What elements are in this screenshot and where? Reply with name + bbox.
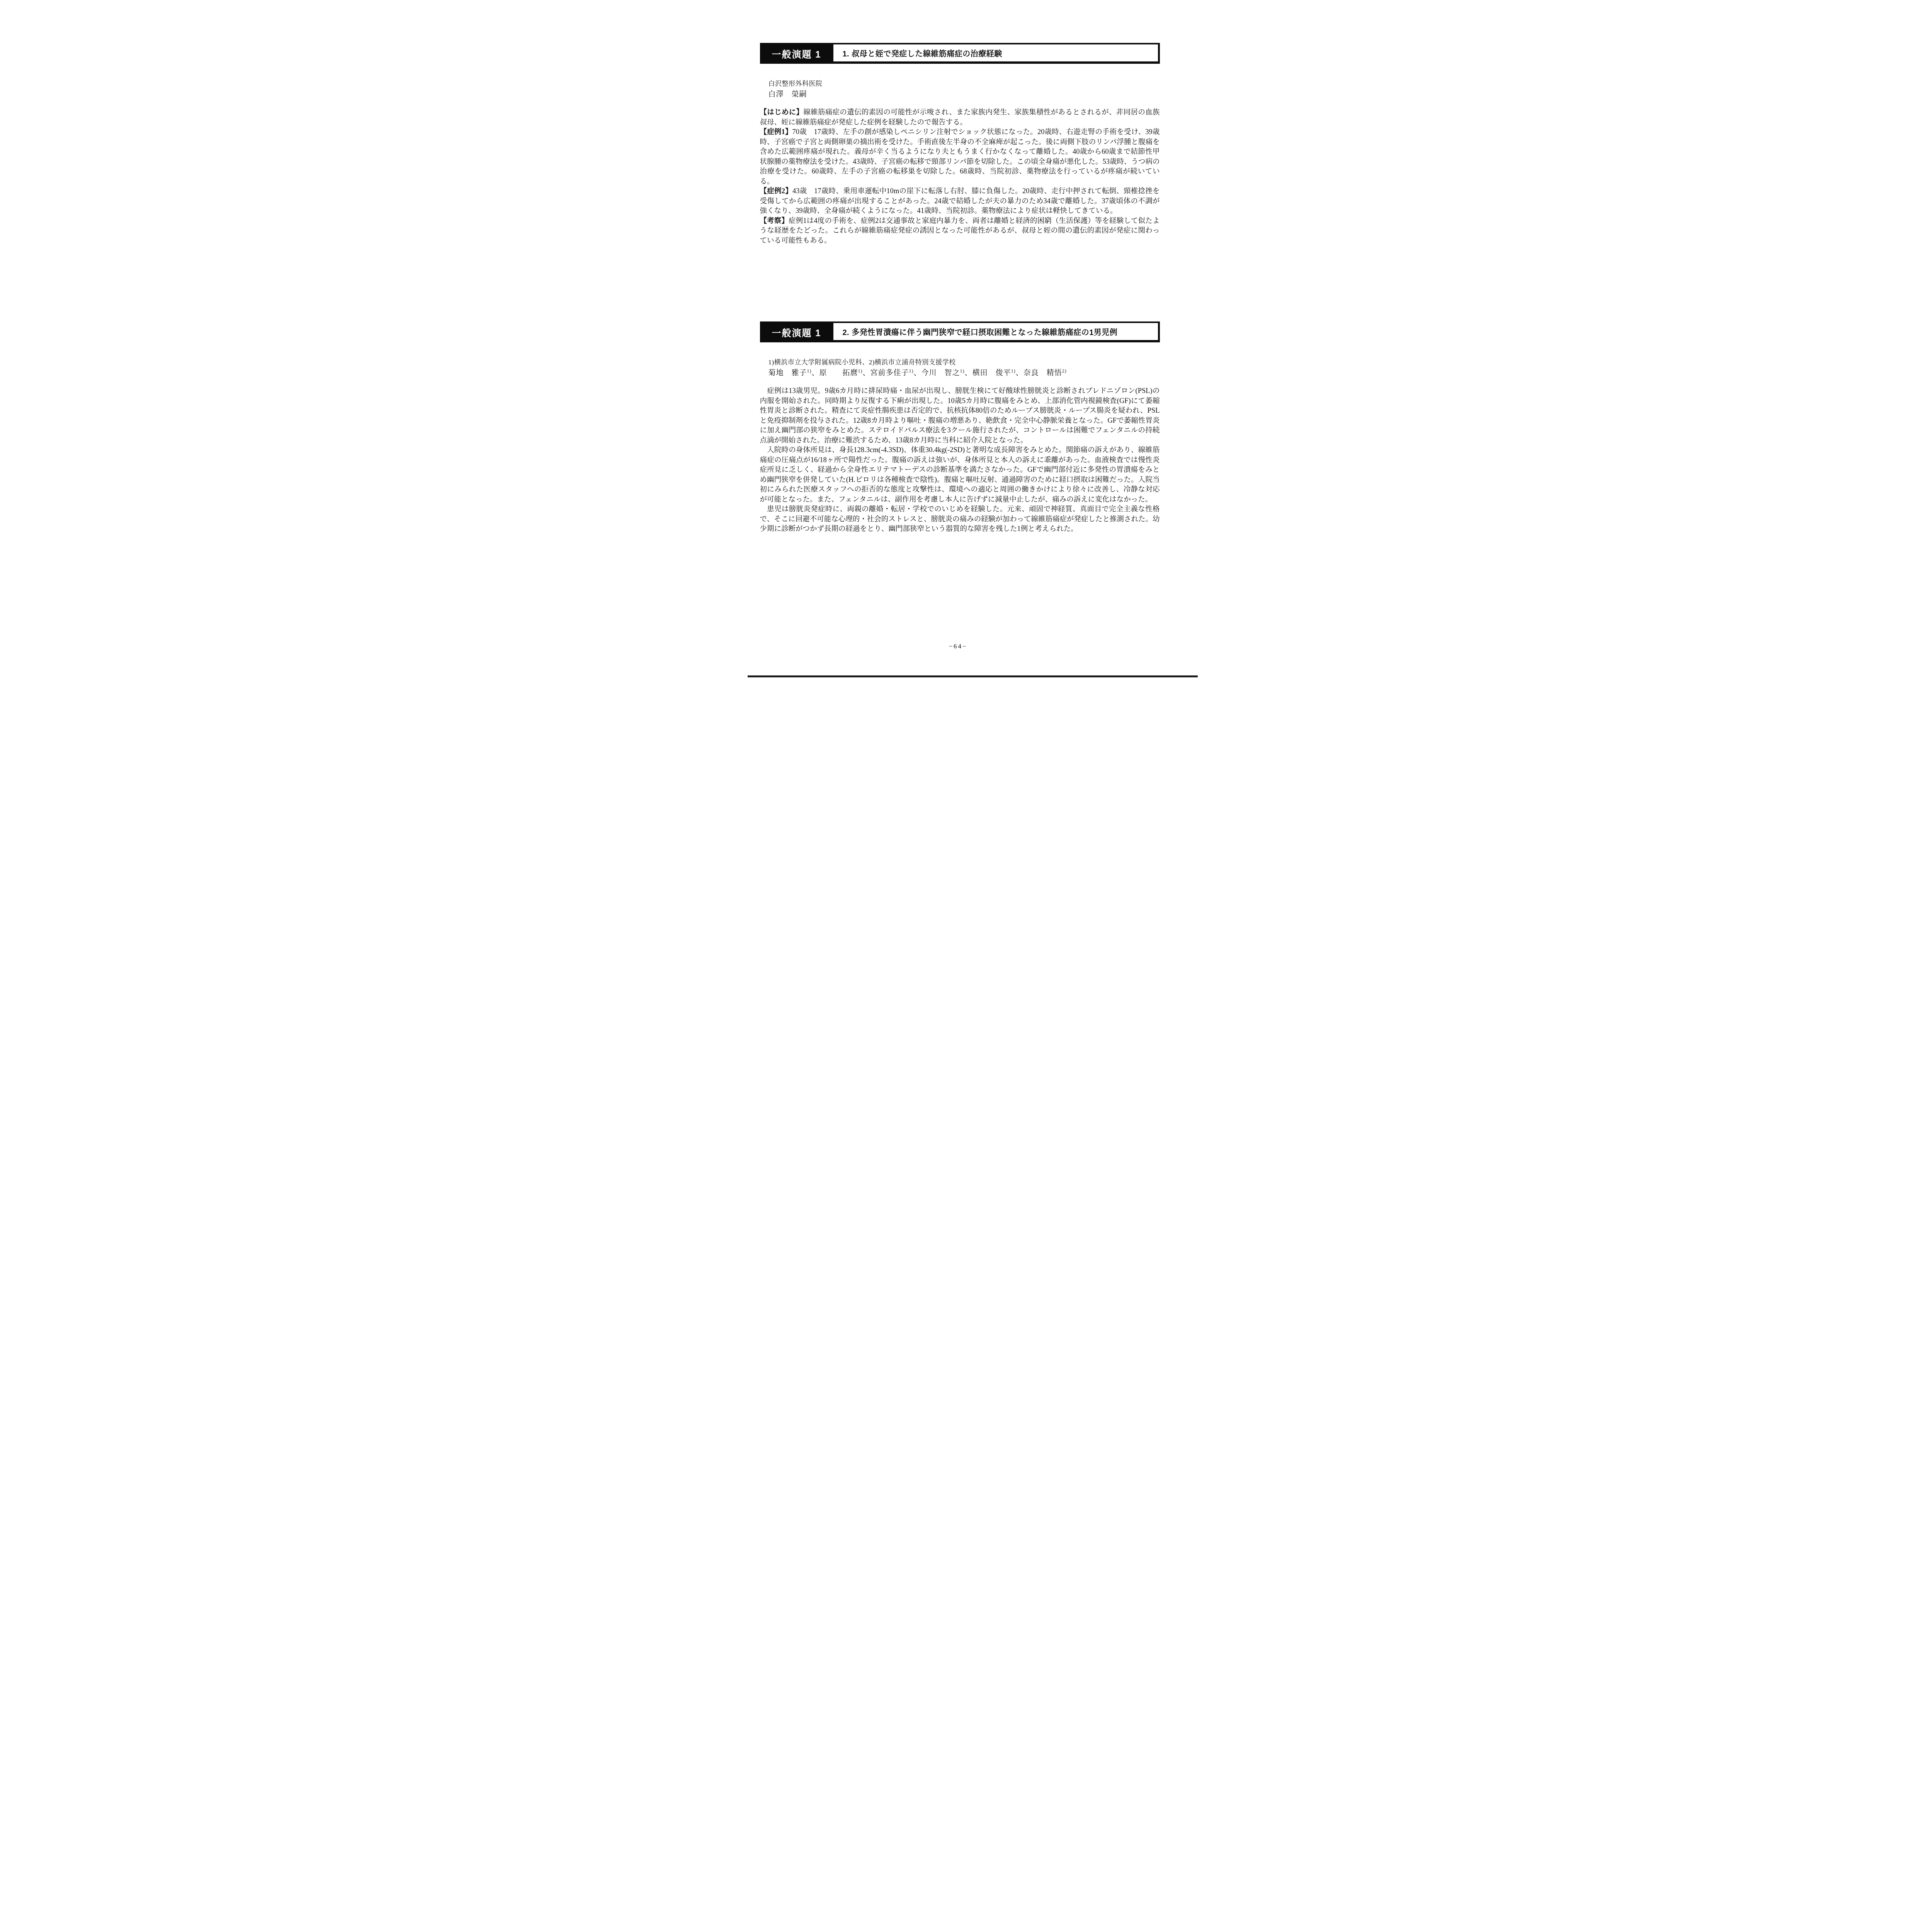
abstract-title-box: 1. 叔母と姪で発症した線維筋痛症の治療経験	[833, 44, 1158, 61]
page-number: −64−	[719, 643, 1198, 650]
scan-artifact-line	[748, 675, 1198, 677]
abstract-paragraph: 【考察】症例1は4度の手術を、症例2は交通事故と家庭内暴力を、両者は離婚と経済的…	[760, 216, 1160, 246]
paragraph-label: 【考察】	[760, 217, 789, 225]
author-name: 今川 智之	[921, 369, 960, 377]
abstract-title: 2. 多発性胃潰瘍に伴う幽門狭窄で経口摂取困難となった線維筋痛症の1男児例	[843, 326, 1118, 337]
author-affiliation-mark: 1)	[807, 368, 812, 374]
paragraph-label: 【はじめに】	[760, 109, 804, 116]
abstract-paragraph: 【症例1】70歳 17歳時、左手の創が感染しペニシリン注射でショック状態になった…	[760, 128, 1160, 187]
session-banner: 一般演題 1 2. 多発性胃潰瘍に伴う幽門狭窄で経口摂取困難となった線維筋痛症の…	[760, 321, 1160, 342]
scanned-abstract-page: 一般演題 1 1. 叔母と姪で発症した線維筋痛症の治療経験 白沢整形外科医院 白…	[719, 0, 1198, 678]
author-name: 原 拓麿	[819, 369, 858, 377]
author-affiliation-mark: 1)	[960, 368, 965, 374]
abstract-paragraph: 症例は13歳男児。9歳6カ月時に排尿時痛・血尿が出現し、膀胱生検にて好酸球性膀胱…	[760, 386, 1160, 446]
abstract-title: 1. 叔母と姪で発症した線維筋痛症の治療経験	[843, 48, 1002, 59]
author-name: 奈良 精悟	[1023, 369, 1062, 377]
paragraph-label: 【症例2】	[760, 187, 792, 195]
author-affiliation-mark: 1)	[858, 368, 863, 374]
abstract-body: 症例は13歳男児。9歳6カ月時に排尿時痛・血尿が出現し、膀胱生検にて好酸球性膀胱…	[760, 386, 1160, 534]
abstract-paragraph: 入院時の身体所見は、身長128.3cm(-4.3SD)、体重30.4kg(-2S…	[760, 446, 1160, 505]
session-label: 一般演題 1	[760, 43, 833, 64]
affiliation-line: 白沢整形外科医院	[760, 79, 1160, 88]
author-affiliation-mark: 1)	[1011, 368, 1016, 374]
authors-line: 菊地 雅子1)、原 拓麿1)、宮前多佳子1)、今川 智之1)、横田 俊平1)、奈…	[760, 368, 1160, 379]
authors-line: 白澤 榮嗣	[760, 89, 1160, 100]
author-affiliation-mark: 1)	[909, 368, 914, 374]
abstract-paragraph: 【はじめに】線維筋痛症の遺伝的素因の可能性が示唆され、また家族内発生、家族集積性…	[760, 108, 1160, 128]
author-name: 宮前多佳子	[870, 369, 909, 377]
author-affiliation-mark: 2)	[1062, 368, 1067, 374]
abstract-body: 【はじめに】線維筋痛症の遺伝的素因の可能性が示唆され、また家族内発生、家族集積性…	[760, 108, 1160, 246]
abstract-section-2: 一般演題 1 2. 多発性胃潰瘍に伴う幽門狭窄で経口摂取困難となった線維筋痛症の…	[760, 321, 1160, 534]
paragraph-label: 【症例1】	[760, 128, 792, 136]
affiliation-line: 1)横浜市立大学附属病院小児科、2)横浜市立浦舟特別支援学校	[760, 358, 1160, 367]
abstract-section-1: 一般演題 1 1. 叔母と姪で発症した線維筋痛症の治療経験 白沢整形外科医院 白…	[760, 43, 1160, 246]
session-label: 一般演題 1	[760, 321, 833, 342]
abstract-paragraph: 【症例2】43歳 17歳時、乗用車運転中10mの崖下に転落し右肘、膝に負傷した。…	[760, 187, 1160, 216]
author-name: 菊地 雅子	[768, 369, 807, 377]
abstract-paragraph: 患児は膀胱炎発症時に、両親の離婚・転居・学校でのいじめを経験した。元来、頑固で神…	[760, 505, 1160, 534]
author-name: 横田 俊平	[972, 369, 1011, 377]
abstract-title-box: 2. 多発性胃潰瘍に伴う幽門狭窄で経口摂取困難となった線維筋痛症の1男児例	[833, 323, 1158, 340]
session-banner: 一般演題 1 1. 叔母と姪で発症した線維筋痛症の治療経験	[760, 43, 1160, 64]
author-name: 白澤 榮嗣	[768, 90, 807, 99]
